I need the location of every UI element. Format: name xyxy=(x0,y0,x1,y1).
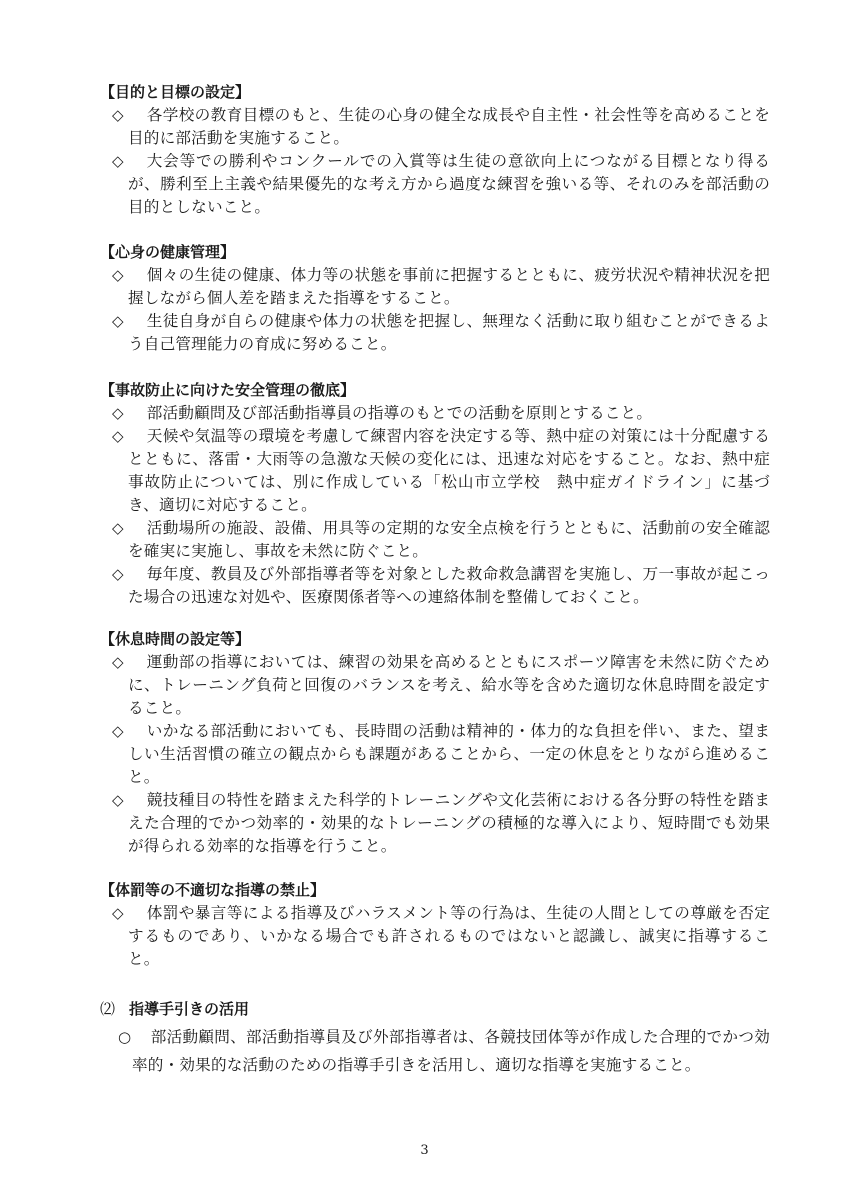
diamond-bullet-icon: ◇ xyxy=(112,264,124,287)
list-item: ◇ 競技種目の特性を踏まえた科学的トレーニングや文化芸術における各分野の特性を踏… xyxy=(100,789,770,858)
list-item: ○ 部活動顧問、部活動指導員及び外部指導者は、各競技団体等が作成した合理的でかつ… xyxy=(100,1023,770,1079)
diamond-bullet-icon: ◇ xyxy=(112,651,124,674)
subsection-heading: ⑵指導手引きの活用 xyxy=(100,997,249,1021)
item-text: 大会等での勝利やコンクールでの入賞等は生徒の意欲向上につながる目標となり得るが、… xyxy=(128,150,770,219)
item-text: 天候や気温等の環境を考慮して練習内容を決定する等、熱中症の対策には十分配慮すると… xyxy=(128,425,770,517)
list-item: ◇ 個々の生徒の健康、体力等の状態を事前に把握するとともに、疲労状況や精神状況を… xyxy=(100,264,770,310)
list-item: ◇ 毎年度、教員及び外部指導者等を対象とした救命救急講習を実施し、万一事故が起こ… xyxy=(100,563,770,609)
section-purpose-goals: 【目的と目標の設定】 ◇ 各学校の教育目標のもと、生徒の心身の健全な成長や自主性… xyxy=(100,80,770,219)
list-item: ◇ いかなる部活動においても、長時間の活動は精神的・体力的な負担を伴い、また、望… xyxy=(100,720,770,789)
list-item: ◇ 大会等での勝利やコンクールでの入賞等は生徒の意欲向上につながる目標となり得る… xyxy=(100,150,770,219)
diamond-bullet-icon: ◇ xyxy=(112,563,124,586)
item-text: 個々の生徒の健康、体力等の状態を事前に把握するとともに、疲労状況や精神状況を把握… xyxy=(128,264,770,310)
subsection-number: ⑵ xyxy=(100,1000,115,1018)
diamond-bullet-icon: ◇ xyxy=(112,104,124,127)
diamond-bullet-icon: ◇ xyxy=(112,150,124,173)
item-text: 体罰や暴言等による指導及びハラスメント等の行為は、生徒の人間としての尊厳を否定す… xyxy=(128,902,770,971)
diamond-bullet-icon: ◇ xyxy=(112,402,124,425)
section-health-management: 【心身の健康管理】 ◇ 個々の生徒の健康、体力等の状態を事前に把握するとともに、… xyxy=(100,240,770,356)
section-rest-time: 【休息時間の設定等】 ◇ 運動部の指導においては、練習の効果を高めるとともにスポ… xyxy=(100,627,770,858)
item-text: 運動部の指導においては、練習の効果を高めるとともにスポーツ障害を未然に防ぐために… xyxy=(128,651,770,720)
diamond-bullet-icon: ◇ xyxy=(112,517,124,540)
diamond-bullet-icon: ◇ xyxy=(112,310,124,333)
section-corporal-punishment: 【体罰等の不適切な指導の禁止】 ◇ 体罰や暴言等による指導及びハラスメント等の行… xyxy=(100,878,770,971)
item-text: いかなる部活動においても、長時間の活動は精神的・体力的な負担を伴い、また、望まし… xyxy=(128,720,770,789)
list-item: ◇ 天候や気温等の環境を考慮して練習内容を決定する等、熱中症の対策には十分配慮す… xyxy=(100,425,770,517)
section-safety-management: 【事故防止に向けた安全管理の徹底】 ◇ 部活動顧問及び部活動指導員の指導のもとで… xyxy=(100,378,770,609)
diamond-bullet-icon: ◇ xyxy=(112,789,124,812)
diamond-bullet-icon: ◇ xyxy=(112,720,124,743)
item-text: 各学校の教育目標のもと、生徒の心身の健全な成長や自主性・社会性等を高めることを目… xyxy=(128,104,770,150)
subsection-body: ○ 部活動顧問、部活動指導員及び外部指導者は、各競技団体等が作成した合理的でかつ… xyxy=(100,1023,770,1079)
list-item: ◇ 活動場所の施設、設備、用具等の定期的な安全点検を行うとともに、活動前の安全確… xyxy=(100,517,770,563)
list-item: ◇ 各学校の教育目標のもと、生徒の心身の健全な成長や自主性・社会性等を高めること… xyxy=(100,104,770,150)
item-text: 部活動顧問、部活動指導員及び外部指導者は、各競技団体等が作成した合理的でかつ効率… xyxy=(132,1023,770,1079)
item-text: 部活動顧問及び部活動指導員の指導のもとでの活動を原則とすること。 xyxy=(128,402,770,425)
list-item: ◇ 部活動顧問及び部活動指導員の指導のもとでの活動を原則とすること。 xyxy=(100,402,770,425)
item-text: 毎年度、教員及び外部指導者等を対象とした救命救急講習を実施し、万一事故が起こった… xyxy=(128,563,770,609)
diamond-bullet-icon: ◇ xyxy=(112,425,124,448)
page-number: 3 xyxy=(0,1143,849,1158)
list-item: ◇ 運動部の指導においては、練習の効果を高めるとともにスポーツ障害を未然に防ぐた… xyxy=(100,651,770,720)
document-page: 【目的と目標の設定】 ◇ 各学校の教育目標のもと、生徒の心身の健全な成長や自主性… xyxy=(0,0,849,1200)
list-item: ◇ 生徒自身が自らの健康や体力の状態を把握し、無理なく活動に取り組むことができる… xyxy=(100,310,770,356)
circle-bullet-icon: ○ xyxy=(118,1023,131,1051)
section-heading: 【休息時間の設定等】 xyxy=(100,627,770,651)
item-text: 競技種目の特性を踏まえた科学的トレーニングや文化芸術における各分野の特性を踏まえ… xyxy=(128,789,770,858)
item-text: 活動場所の施設、設備、用具等の定期的な安全点検を行うとともに、活動前の安全確認を… xyxy=(128,517,770,563)
subsection-title: 指導手引きの活用 xyxy=(129,1000,249,1018)
list-item: ◇ 体罰や暴言等による指導及びハラスメント等の行為は、生徒の人間としての尊厳を否… xyxy=(100,902,770,971)
section-heading: 【心身の健康管理】 xyxy=(100,240,770,264)
section-heading: 【目的と目標の設定】 xyxy=(100,80,770,104)
item-text: 生徒自身が自らの健康や体力の状態を把握し、無理なく活動に取り組むことができるよう… xyxy=(128,310,770,356)
section-heading: 【体罰等の不適切な指導の禁止】 xyxy=(100,878,770,902)
section-heading: 【事故防止に向けた安全管理の徹底】 xyxy=(100,378,770,402)
diamond-bullet-icon: ◇ xyxy=(112,902,124,925)
